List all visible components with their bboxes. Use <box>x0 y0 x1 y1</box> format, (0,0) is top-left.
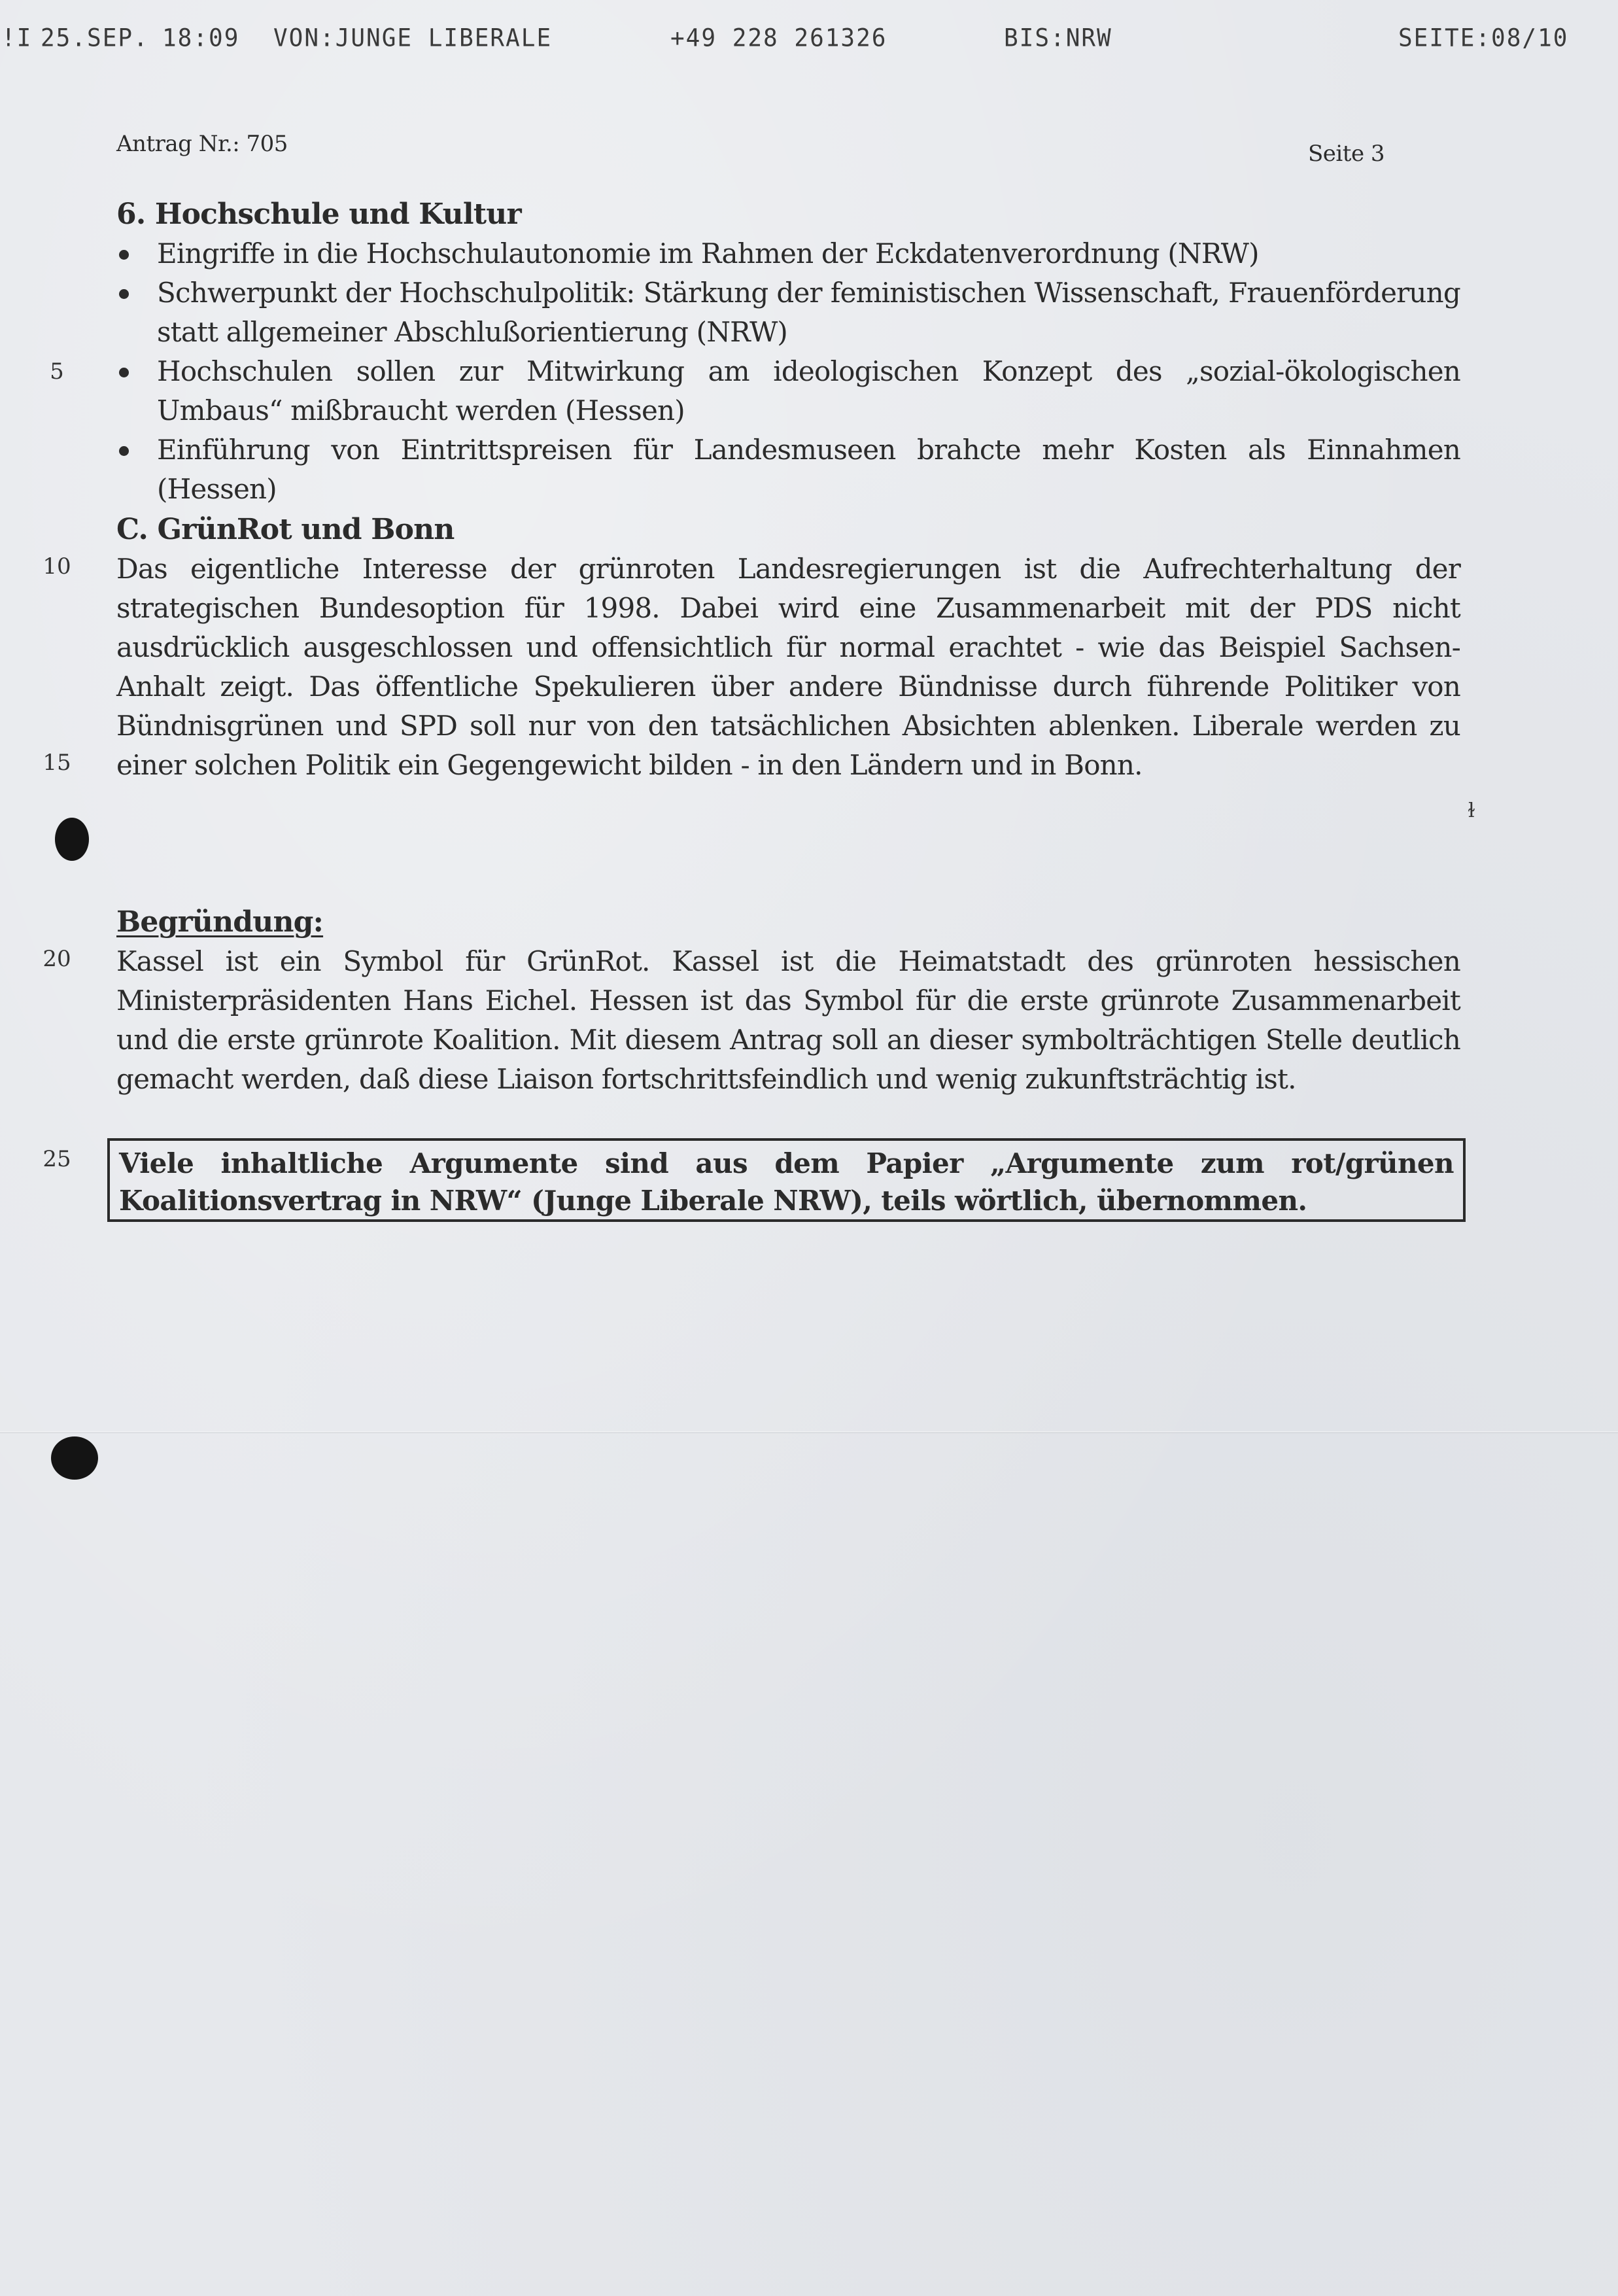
list-item: Schwerpunkt der Hochschulpolitik: Stärku… <box>116 273 1460 352</box>
fax-date: 25.SEP. <box>41 24 149 52</box>
section-justification: Begründung: Kassel ist ein Symbol für Gr… <box>116 903 1460 1099</box>
bullet-icon <box>119 250 129 260</box>
line-number: 5 <box>41 358 73 385</box>
motion-number: Antrag Nr.: 705 <box>116 131 288 157</box>
section-paragraph: Das eigentliche Interesse der grünroten … <box>116 549 1460 785</box>
line-number: 25 <box>41 1146 73 1172</box>
list-item: Hochschulen sollen zur Mitwirkung am ide… <box>116 352 1460 430</box>
bullet-icon <box>119 446 129 456</box>
fax-recipient: BIS:NRW <box>1004 24 1112 52</box>
punch-hole-icon <box>51 1436 98 1480</box>
list-item-text: Schwerpunkt der Hochschulpolitik: Stärku… <box>157 277 1460 348</box>
bullet-icon <box>119 368 129 377</box>
list-item-text: Hochschulen sollen zur Mitwirkung am ide… <box>157 355 1460 426</box>
list-item-text: Einführung von Eintrittspreisen für Land… <box>157 434 1460 505</box>
list-item-text: Eingriffe in die Hochschulautonomie im R… <box>157 237 1259 270</box>
fax-time: 18:09 <box>162 24 239 52</box>
list-item: Einführung von Eintrittspreisen für Land… <box>116 430 1460 509</box>
section-heading: Begründung: <box>116 903 1460 942</box>
fax-page-count: SEITE:08/10 <box>1398 24 1568 52</box>
section-heading: C. GrünRot und Bonn <box>116 510 1460 549</box>
stray-mark-icon: ɫ <box>1468 799 1475 822</box>
paper-fold-line <box>0 1431 1618 1433</box>
section-gruenrot-bonn: C. GrünRot und Bonn Das eigentliche Inte… <box>116 510 1460 785</box>
fax-prefix: !I <box>1 24 32 52</box>
bullet-icon <box>119 289 129 299</box>
source-note-box: Viele inhaltliche Argumente sind aus dem… <box>107 1138 1466 1222</box>
fax-sender: VON:JUNGE LIBERALE <box>273 24 552 52</box>
bullet-list: Eingriffe in die Hochschulautonomie im R… <box>116 234 1460 509</box>
section-paragraph: Kassel ist ein Symbol für GrünRot. Kasse… <box>116 942 1460 1099</box>
section-hochschule-kultur: 6. Hochschule und Kultur Eingriffe in di… <box>116 195 1460 509</box>
punch-hole-icon <box>55 818 89 861</box>
line-number: 15 <box>41 750 73 776</box>
source-note-text: Viele inhaltliche Argumente sind aus dem… <box>119 1147 1454 1217</box>
section-heading: 6. Hochschule und Kultur <box>116 195 1460 234</box>
line-number: 10 <box>41 553 73 580</box>
line-number: 20 <box>41 946 73 972</box>
list-item: Eingriffe in die Hochschulautonomie im R… <box>116 234 1460 273</box>
fax-phone-number: +49 228 261326 <box>670 24 887 52</box>
fax-transmission-header: !I 25.SEP. 18:09 VON:JUNGE LIBERALE +49 … <box>0 24 1618 59</box>
page-label: Seite 3 <box>1308 141 1385 167</box>
